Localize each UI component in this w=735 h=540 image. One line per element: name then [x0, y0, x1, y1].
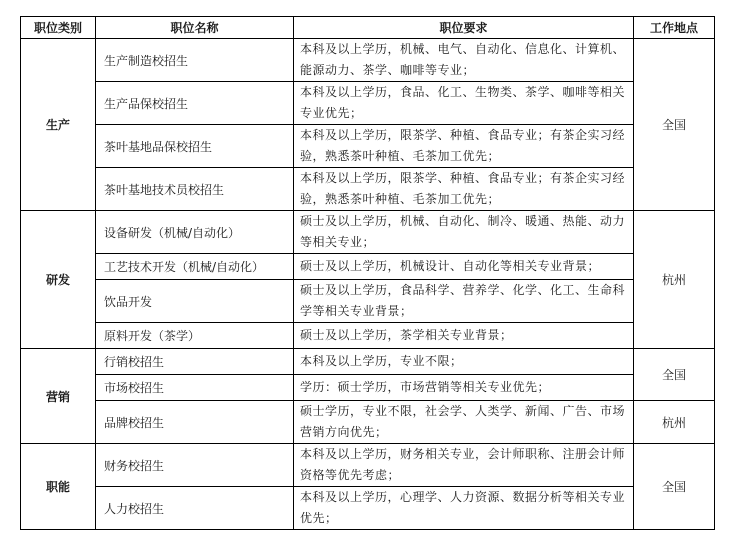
table-row: 研发 设备研发（机械/自动化） 硕士及以上学历，机械、自动化、制冷、暖通、热能、… — [21, 211, 715, 254]
table-row: 人力校招生 本科及以上学历，心理学、人力资源、数据分析等相关专业优先； — [21, 487, 715, 530]
location-cell: 全国 — [634, 349, 715, 401]
position-requirement: 学历：硕士学历，市场营销等相关专业优先； — [294, 375, 634, 401]
position-requirement: 本科及以上学历，机械、电气、自动化、信息化、计算机、能源动力、茶学、咖啡等专业； — [294, 39, 634, 82]
position-requirement: 硕士及以上学历，食品科学、营养学、化学、化工、生命科学等相关专业背景； — [294, 280, 634, 323]
position-requirement: 硕士及以上学历，茶学相关专业背景； — [294, 323, 634, 349]
location-cell: 杭州 — [634, 211, 715, 349]
table-row: 营销 行销校招生 本科及以上学历，专业不限； 全国 — [21, 349, 715, 375]
position-name: 生产制造校招生 — [96, 39, 294, 82]
table-header-row: 职位类别 职位名称 职位要求 工作地点 — [21, 17, 715, 39]
category-cell: 研发 — [21, 211, 96, 349]
table-row: 饮品开发 硕士及以上学历，食品科学、营养学、化学、化工、生命科学等相关专业背景； — [21, 280, 715, 323]
position-name: 茶叶基地品保校招生 — [96, 125, 294, 168]
header-requirements: 职位要求 — [294, 17, 634, 39]
table-row: 茶叶基地品保校招生 本科及以上学历，限茶学、种植、食品专业；有茶企实习经验，熟悉… — [21, 125, 715, 168]
table-row: 生产品保校招生 本科及以上学历，食品、化工、生物类、茶学、咖啡等相关专业优先； — [21, 82, 715, 125]
position-requirement: 本科及以上学历，食品、化工、生物类、茶学、咖啡等相关专业优先； — [294, 82, 634, 125]
position-requirement: 硕士学历，专业不限，社会学、人类学、新闻、广告、市场营销方向优先； — [294, 401, 634, 444]
table-row: 市场校招生 学历：硕士学历，市场营销等相关专业优先； — [21, 375, 715, 401]
position-name: 工艺技术开发（机械/自动化） — [96, 254, 294, 280]
job-positions-table: 职位类别 职位名称 职位要求 工作地点 生产 生产制造校招生 本科及以上学历，机… — [20, 16, 715, 530]
position-name: 财务校招生 — [96, 444, 294, 487]
position-requirement: 硕士及以上学历，机械设计、自动化等相关专业背景； — [294, 254, 634, 280]
position-requirement: 本科及以上学历，专业不限； — [294, 349, 634, 375]
position-name: 原料开发（茶学） — [96, 323, 294, 349]
table-row: 生产 生产制造校招生 本科及以上学历，机械、电气、自动化、信息化、计算机、能源动… — [21, 39, 715, 82]
position-requirement: 本科及以上学历，限茶学、种植、食品专业；有茶企实习经验，熟悉茶叶种植、毛茶加工优… — [294, 168, 634, 211]
location-cell: 杭州 — [634, 401, 715, 444]
table-row: 职能 财务校招生 本科及以上学历，财务相关专业，会计师职称、注册会计师资格等优先… — [21, 444, 715, 487]
position-requirement: 硕士及以上学历，机械、自动化、制冷、暖通、热能、动力等相关专业； — [294, 211, 634, 254]
category-cell: 营销 — [21, 349, 96, 444]
table-row: 工艺技术开发（机械/自动化） 硕士及以上学历，机械设计、自动化等相关专业背景； — [21, 254, 715, 280]
position-name: 生产品保校招生 — [96, 82, 294, 125]
position-name: 行销校招生 — [96, 349, 294, 375]
table-row: 茶叶基地技术员校招生 本科及以上学历，限茶学、种植、食品专业；有茶企实习经验，熟… — [21, 168, 715, 211]
header-location: 工作地点 — [634, 17, 715, 39]
location-cell: 全国 — [634, 444, 715, 530]
header-position-name: 职位名称 — [96, 17, 294, 39]
table-row: 品牌校招生 硕士学历，专业不限，社会学、人类学、新闻、广告、市场营销方向优先； … — [21, 401, 715, 444]
position-requirement: 本科及以上学历，限茶学、种植、食品专业；有茶企实习经验，熟悉茶叶种植、毛茶加工优… — [294, 125, 634, 168]
position-name: 品牌校招生 — [96, 401, 294, 444]
position-name: 市场校招生 — [96, 375, 294, 401]
position-name: 人力校招生 — [96, 487, 294, 530]
header-category: 职位类别 — [21, 17, 96, 39]
table-row: 原料开发（茶学） 硕士及以上学历，茶学相关专业背景； — [21, 323, 715, 349]
position-name: 设备研发（机械/自动化） — [96, 211, 294, 254]
position-requirement: 本科及以上学历，心理学、人力资源、数据分析等相关专业优先； — [294, 487, 634, 530]
position-name: 饮品开发 — [96, 280, 294, 323]
category-cell: 职能 — [21, 444, 96, 530]
location-cell: 全国 — [634, 39, 715, 211]
category-cell: 生产 — [21, 39, 96, 211]
position-name: 茶叶基地技术员校招生 — [96, 168, 294, 211]
position-requirement: 本科及以上学历，财务相关专业，会计师职称、注册会计师资格等优先考虑； — [294, 444, 634, 487]
